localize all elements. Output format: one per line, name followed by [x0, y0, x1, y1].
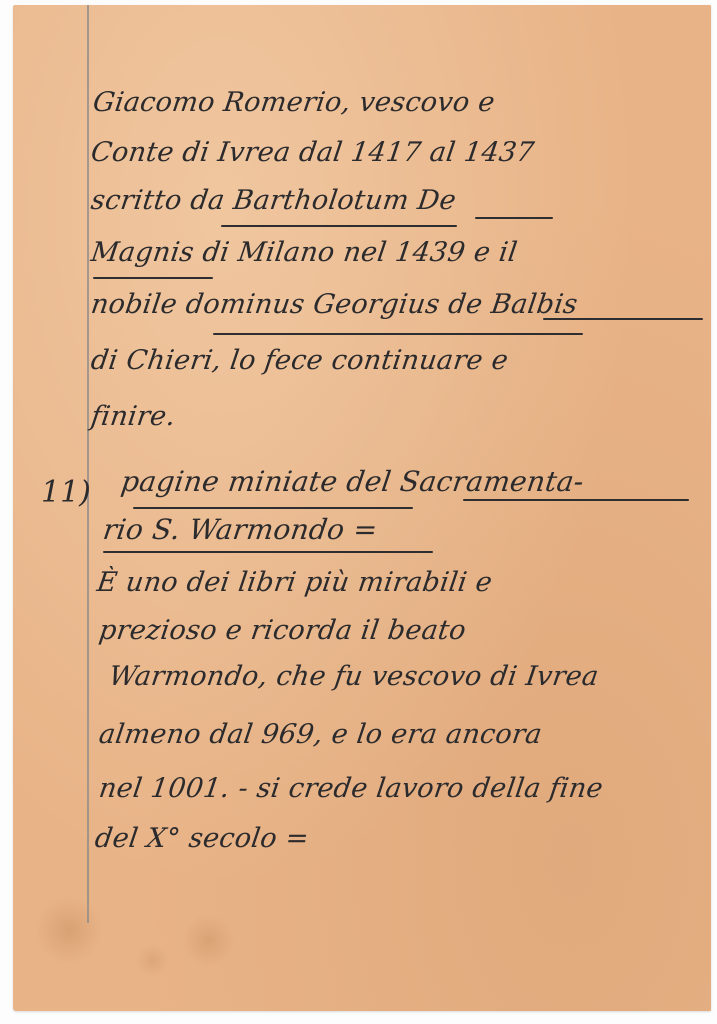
underline-magnis	[93, 277, 213, 279]
text-line-11: almeno dal 969, e lo era ancora	[97, 719, 544, 750]
text-line-9: prezioso e ricorda il beato	[97, 615, 468, 646]
text-line-1: Giacomo Romerio, vescovo e	[91, 87, 497, 118]
text-line-3: scritto da Bartholotum De	[89, 185, 458, 216]
text-line-8: È uno dei libri più mirabili e	[95, 567, 494, 598]
underline-dominus-georgius	[213, 333, 583, 335]
text-line-10: Warmondo, che fu vescovo di Ivrea	[107, 661, 601, 692]
underline-bartholotum	[221, 225, 457, 227]
underline-sacramentario	[463, 499, 689, 501]
scanned-page: 11) Giacomo Romerio, vescovo e Conte di …	[0, 0, 717, 1024]
underline-warmondo	[103, 551, 433, 553]
text-line-2: Conte di Ivrea dal 1417 al 1437	[89, 137, 536, 168]
section-heading-line-2: rio S. Warmondo =	[101, 513, 380, 546]
underline-balbis	[543, 318, 703, 320]
text-line-6: di Chieri, lo fece continuare e	[89, 345, 510, 376]
text-line-12: nel 1001. - si crede lavoro della fine	[97, 773, 605, 804]
underline-de	[475, 217, 553, 219]
section-heading-line-1: pagine miniate del Sacramenta-	[119, 465, 586, 498]
text-line-5: nobile dominus Georgius de Balbis	[89, 289, 580, 320]
text-line-13: del X° secolo =	[93, 823, 311, 854]
item-number: 11)	[41, 475, 91, 510]
underline-pagine-miniate	[133, 507, 413, 509]
margin-rule	[87, 5, 89, 923]
text-line-7: finire.	[89, 401, 178, 432]
text-line-4: Magnis di Milano nel 1439 e il	[89, 237, 519, 268]
paper-sheet: 11) Giacomo Romerio, vescovo e Conte di …	[13, 5, 711, 1011]
